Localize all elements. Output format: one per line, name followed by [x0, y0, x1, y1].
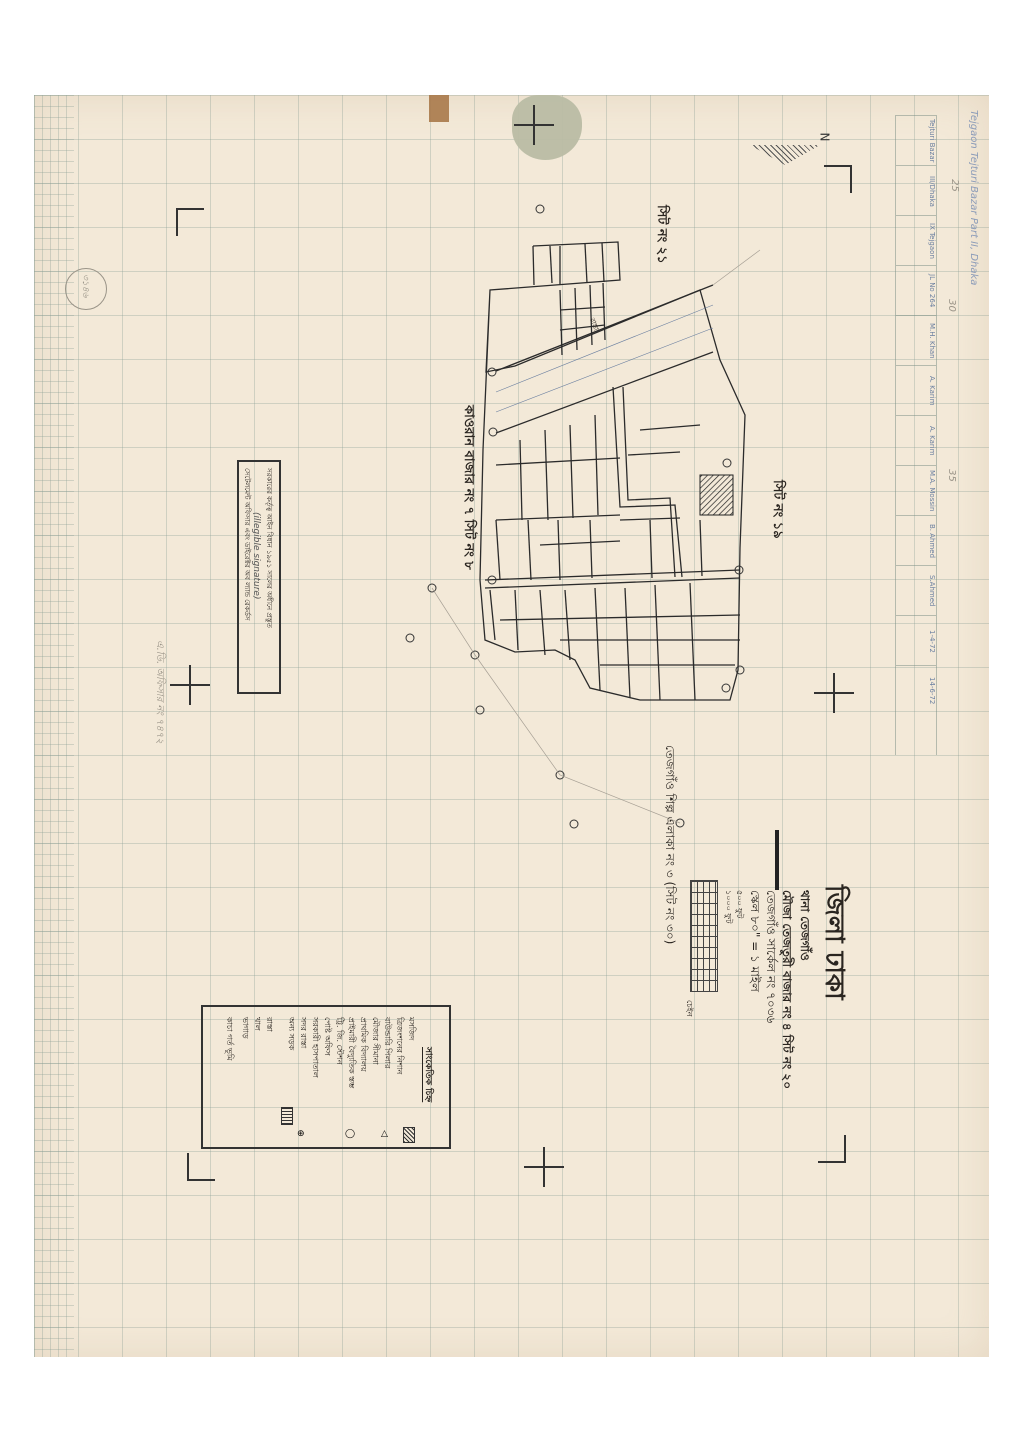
legend-item: প্রাইমারী বৈদ্যুতিক স্তম্ভ	[345, 1017, 358, 1088]
legend-item: বাউন্ডারি পিলার	[381, 1017, 394, 1068]
certification-stamp: সরকারের কর্তৃত্ব আইন বিধান ১৯৫১ সালের অধ…	[237, 460, 281, 694]
legend-item: মসজিদ	[405, 1017, 418, 1040]
legend-item: মৌজার সীমানা	[369, 1017, 382, 1065]
table-value: B. Ahmed	[896, 515, 936, 566]
table-value: A. Karim	[896, 415, 936, 466]
scale-label: স্কেল ৮০" = ১ মাইল	[745, 890, 765, 992]
handwritten-note-top-right: Tejgaon Tejturi Bazar Part II, Dhaka	[968, 110, 979, 285]
circle-symbol-icon: ◯	[345, 1129, 355, 1139]
area-note: তেজগাঁও শিল্প এলাকা নং ৩ (সিট নং ৩০)	[660, 745, 680, 944]
scale-sub-label: ১০০০ ফুট	[722, 890, 735, 924]
legend-item: পোষ্ট অফিস	[321, 1017, 334, 1056]
sheet-label-top: সিট নং ২১	[650, 205, 671, 264]
cross-circle-symbol-icon: ⊕	[297, 1129, 305, 1139]
table-value: S.Ahmed	[896, 565, 936, 616]
legend-item: সদর রাস্তা	[297, 1017, 310, 1048]
table-value: A. Karim	[896, 365, 936, 416]
mosque-symbol-icon	[403, 1127, 415, 1143]
legend-title: সাংকেতিক চিহ্ন	[421, 1047, 436, 1102]
scale-unit: চেইন	[683, 1000, 696, 1017]
table-value: JL No 264	[896, 265, 936, 316]
legend-item: রাস্তা	[263, 1017, 276, 1032]
legend-item: প্রাথমিক বিদ্যালয়	[357, 1017, 370, 1072]
sheet-label-right: সিট নং ১৯	[766, 480, 787, 539]
table-value: 14-6-72	[896, 665, 936, 716]
mosque-hatched	[700, 475, 733, 515]
triangle-symbol-icon: △	[381, 1129, 388, 1139]
table-value: III/Dhaka	[896, 165, 936, 216]
legend-item: কাচা গর্ত ভূমি	[223, 1017, 236, 1061]
margin-number: 35	[946, 469, 957, 482]
legend-item: ট্রি. জি. স্টেশন	[333, 1017, 346, 1065]
table-value: 1-4-72	[896, 615, 936, 666]
hatched-block-symbol-icon	[281, 1107, 293, 1125]
title-bracket	[775, 830, 779, 890]
table-value: M.A. Mossin	[896, 465, 936, 516]
table-value: M.H. Khan	[896, 315, 936, 366]
margin-number: 25	[949, 179, 960, 192]
legend-item: অন্য সড়ক	[285, 1017, 298, 1050]
adjacent-sheet-label: কাওরান বাজার নং ৭ সিট নং ৮	[457, 405, 478, 570]
district-title: জিলা ঢাকা	[812, 885, 856, 1000]
legend-item: ভাগাড়	[239, 1017, 252, 1039]
legend-box: সাংকেতিক চিহ্ন মসজিদ ত্রিজংশনের নিশান বা…	[201, 1005, 451, 1149]
table-value: Tejturi Bazar	[896, 115, 936, 166]
pencil-note-left: এ.ডি. অফিসার নং ৭৪৭২	[150, 640, 167, 744]
legend-item: ত্রিজংশনের নিশান	[393, 1017, 406, 1074]
scale-bar	[690, 880, 718, 992]
circled-number: ৩১৪৬	[78, 274, 93, 297]
survey-table: Tejturi Bazar III/Dhaka IX Tejgaon JL No…	[895, 115, 937, 755]
north-label: N	[817, 133, 831, 142]
stamp-line-1: সরকারের কর্তৃত্ব আইন বিধান ১৯৫১ সালের অধ…	[263, 468, 275, 628]
margin-number: 30	[946, 299, 957, 312]
table-value: IX Tejgaon	[896, 215, 936, 266]
stamp-signature: (illegible signature)	[251, 512, 261, 599]
thana-label: থানা তেজগাঁও	[795, 890, 815, 961]
legend-item: খাল	[251, 1017, 264, 1031]
legend-item: সরকারী হাসপাতাল	[309, 1017, 322, 1078]
